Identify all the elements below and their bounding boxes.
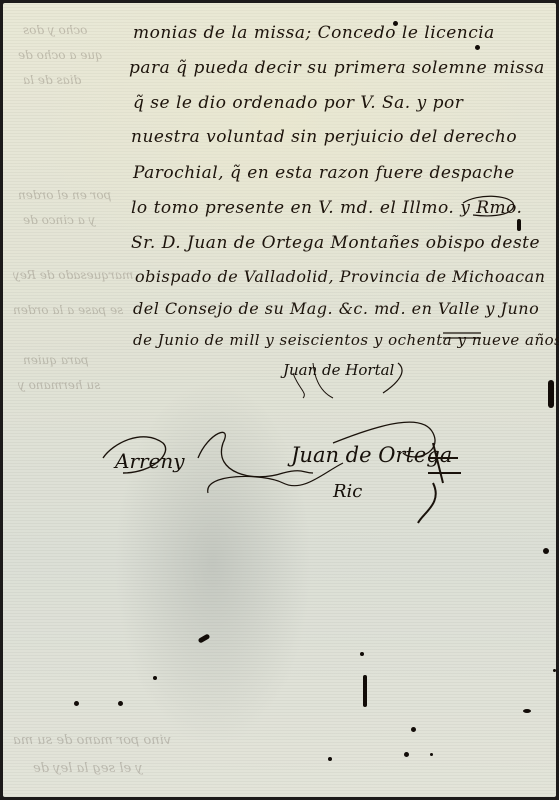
ink-blot xyxy=(118,701,123,706)
ink-blot xyxy=(475,45,480,50)
ink-blot xyxy=(430,753,433,756)
ink-blot xyxy=(523,709,531,713)
ink-blot xyxy=(517,219,521,231)
ink-blot xyxy=(153,676,157,680)
ink-blot xyxy=(548,380,554,408)
ink-blot xyxy=(411,727,416,732)
ink-blot xyxy=(74,701,79,706)
ink-blot xyxy=(363,675,367,707)
ink-blot xyxy=(553,669,556,672)
ink-blot xyxy=(543,548,549,554)
ink-blot xyxy=(328,757,332,761)
manuscript-page: ocho y dos que a ocho de dias de la por … xyxy=(3,3,556,797)
signature-flourish xyxy=(3,3,556,797)
ink-blot xyxy=(360,652,364,656)
ink-blot xyxy=(404,752,409,757)
ink-blot xyxy=(393,21,398,26)
